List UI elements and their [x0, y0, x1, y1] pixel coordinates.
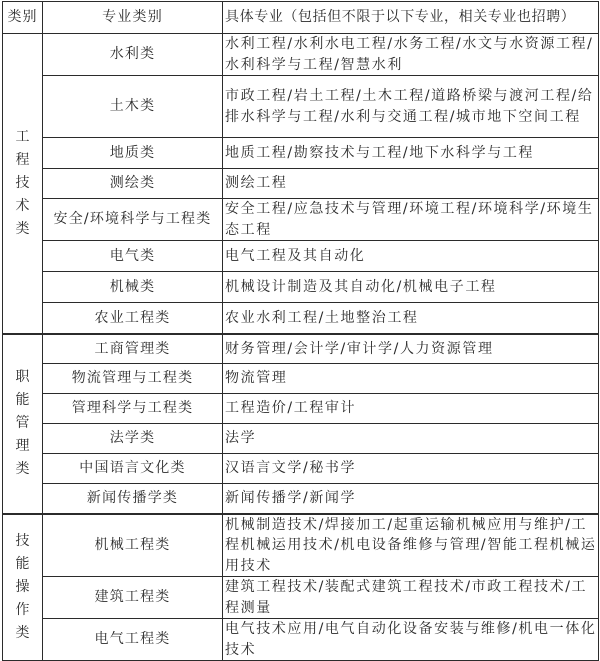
table-row: 新闻传播学类 新闻传播学/新闻学: [3, 484, 599, 514]
subcategory-cell: 工商管理类: [43, 334, 223, 364]
table-row: 安全/环境科学与工程类 安全工程/应急技术与管理/环境工程/环境科学/环境生态工…: [3, 199, 599, 241]
table-row: 中国语言文化类 汉语言文学/秘书学: [3, 454, 599, 484]
header-row: 类别 专业类别 具体专业（包括但不限于以下专业，相关专业也招聘）: [3, 2, 599, 34]
table-row: 法学类 法学: [3, 424, 599, 454]
specifics-cell: 安全工程/应急技术与管理/环境工程/环境科学/环境生态工程: [223, 199, 599, 241]
table-row: 建筑工程类 建筑工程技术/装配式建筑工程技术/市政工程技术/工程测量: [3, 577, 599, 619]
header-subcategory: 专业类别: [43, 2, 223, 34]
specifics-cell: 汉语言文学/秘书学: [223, 454, 599, 484]
category-label: 技能操作类: [15, 530, 31, 645]
specifics-cell: 法学: [223, 424, 599, 454]
subcategory-cell: 机械类: [43, 272, 223, 303]
header-specifics: 具体专业（包括但不限于以下专业，相关专业也招聘）: [223, 2, 599, 34]
subcategory-cell: 中国语言文化类: [43, 454, 223, 484]
majors-table: 类别 专业类别 具体专业（包括但不限于以下专业，相关专业也招聘） 工程技术类 水…: [2, 1, 599, 661]
subcategory-cell: 电气类: [43, 241, 223, 272]
subcategory-cell: 管理科学与工程类: [43, 394, 223, 424]
specifics-cell: 农业水利工程/土地整治工程: [223, 303, 599, 334]
subcategory-cell: 新闻传播学类: [43, 484, 223, 514]
specifics-cell: 新闻传播学/新闻学: [223, 484, 599, 514]
category-cell-engineering: 工程技术类: [3, 34, 43, 334]
specifics-cell: 机械制造技术/焊接加工/起重运输机械应用与维护/工程机械运用技术/机电设备维修与…: [223, 514, 599, 577]
table-row: 地质类 地质工程/勘察技术与工程/地下水科学与工程: [3, 138, 599, 169]
specifics-cell: 工程造价/工程审计: [223, 394, 599, 424]
specifics-cell: 财务管理/会计学/审计学/人力资源管理: [223, 334, 599, 364]
header-category: 类别: [3, 2, 43, 34]
category-label: 职能管理类: [15, 366, 31, 481]
subcategory-cell: 电气工程类: [43, 619, 223, 661]
category-cell-management: 职能管理类: [3, 334, 43, 514]
specifics-cell: 测绘工程: [223, 169, 599, 199]
subcategory-cell: 物流管理与工程类: [43, 364, 223, 394]
subcategory-cell: 法学类: [43, 424, 223, 454]
table-row: 土木类 市政工程/岩土工程/土木工程/道路桥梁与渡河工程/给排水科学与工程/水利…: [3, 76, 599, 138]
table-row: 物流管理与工程类 物流管理: [3, 364, 599, 394]
table-row: 农业工程类 农业水利工程/土地整治工程: [3, 303, 599, 334]
category-label: 工程技术类: [15, 126, 31, 241]
table-row: 管理科学与工程类 工程造价/工程审计: [3, 394, 599, 424]
subcategory-cell: 地质类: [43, 138, 223, 169]
subcategory-cell: 测绘类: [43, 169, 223, 199]
specifics-cell: 物流管理: [223, 364, 599, 394]
subcategory-cell: 水利类: [43, 34, 223, 76]
table-row: 机械类 机械设计制造及其自动化/机械电子工程: [3, 272, 599, 303]
subcategory-cell: 农业工程类: [43, 303, 223, 334]
subcategory-cell: 机械工程类: [43, 514, 223, 577]
specifics-cell: 电气技术应用/电气自动化设备安装与维修/机电一体化技术: [223, 619, 599, 661]
subcategory-cell: 建筑工程类: [43, 577, 223, 619]
subcategory-cell: 安全/环境科学与工程类: [43, 199, 223, 241]
table-row: 职能管理类 工商管理类 财务管理/会计学/审计学/人力资源管理: [3, 334, 599, 364]
specifics-cell: 电气工程及其自动化: [223, 241, 599, 272]
specifics-cell: 市政工程/岩土工程/土木工程/道路桥梁与渡河工程/给排水科学与工程/水利与交通工…: [223, 76, 599, 138]
category-cell-skills: 技能操作类: [3, 514, 43, 661]
specifics-cell: 地质工程/勘察技术与工程/地下水科学与工程: [223, 138, 599, 169]
subcategory-cell: 土木类: [43, 76, 223, 138]
table-row: 测绘类 测绘工程: [3, 169, 599, 199]
table-row: 电气工程类 电气技术应用/电气自动化设备安装与维修/机电一体化技术: [3, 619, 599, 661]
specifics-cell: 机械设计制造及其自动化/机械电子工程: [223, 272, 599, 303]
table-row: 工程技术类 水利类 水利工程/水利水电工程/水务工程/水文与水资源工程/水利科学…: [3, 34, 599, 76]
specifics-cell: 水利工程/水利水电工程/水务工程/水文与水资源工程/水利科学与工程/智慧水利: [223, 34, 599, 76]
table-row: 技能操作类 机械工程类 机械制造技术/焊接加工/起重运输机械应用与维护/工程机械…: [3, 514, 599, 577]
specifics-cell: 建筑工程技术/装配式建筑工程技术/市政工程技术/工程测量: [223, 577, 599, 619]
table-row: 电气类 电气工程及其自动化: [3, 241, 599, 272]
